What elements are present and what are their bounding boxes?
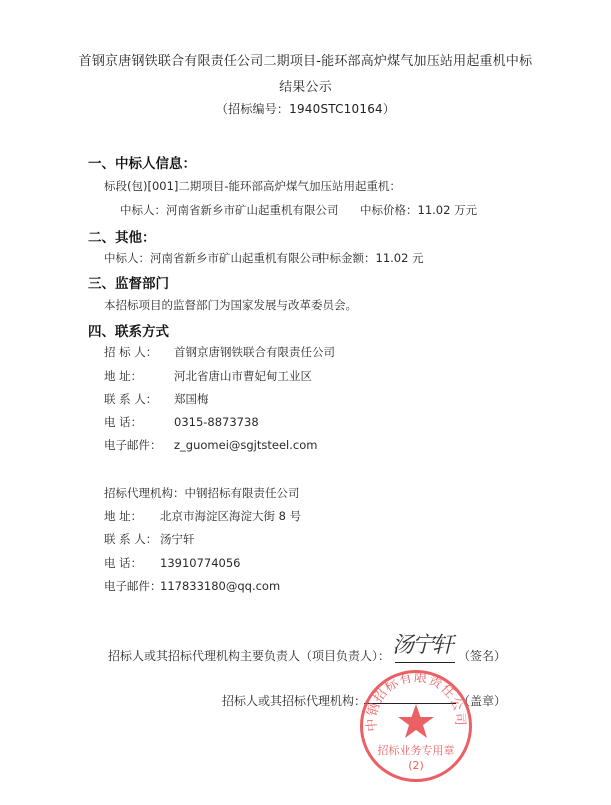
amount-value: 11.02 元 [376,251,424,265]
tenderer-name: 首钢京唐钢铁联合有限责任公司 [174,345,335,359]
agency-contact: 汤宁轩 [160,532,195,546]
other-winner-label: 中标人： [104,251,150,265]
agency-phone: 13910774056 [160,556,240,570]
responsible-person-label: 招标人或其招标代理机构主要负责人（项目负责人）： [108,647,390,664]
tenderer-contact-row: 联 系 人：郑国梅 [104,391,209,407]
winner-name: 河南省新乡市矿山起重机有限公司 [166,203,339,217]
agency-name-label: 招标代理机构： [104,486,185,500]
winner-label: 中标人： [120,203,166,217]
tenderer-contact: 郑国梅 [174,392,209,406]
tenderer-name-row: 招 标 人：首钢京唐钢铁联合有限责任公司 [104,344,335,360]
official-seal-stamp: 中钢招标有限责任公司 招标业务专用章 (2) [360,670,472,782]
agency-phone-row: 电 话：13910774056 [104,555,240,571]
price-value: 11.02 万元 [418,203,478,217]
tenderer-name-label: 招 标 人： [104,344,174,360]
supervision-text: 本招标项目的监督部门为国家发展与改革委员会。 [104,297,357,313]
agency-address: 北京市海淀区海淀大街 8 号 [160,509,301,523]
agency-email-label: 电子邮件： [104,578,160,594]
agency-email-row: 电子邮件：117833180@qq.com [104,578,280,594]
svg-text:招标业务专用章: 招标业务专用章 [378,743,455,757]
agency-contact-label: 联 系 人： [104,531,160,547]
tenderer-email-label: 电子邮件： [104,437,174,453]
other-winner-row: 中标人：河南省新乡市矿山起重机有限公司 [104,250,323,266]
tenderer-address: 河北省唐山市曹妃甸工业区 [174,369,312,383]
tenderer-address-row: 地 址：河北省唐山市曹妃甸工业区 [104,368,312,384]
signature-line [395,662,455,663]
section-heading-other: 二、其他： [88,226,156,246]
amount-row: 中标金额：11.02 元 [318,250,424,266]
amount-label: 中标金额： [318,251,376,265]
price-row: 中标价格：11.02 万元 [360,202,477,218]
tender-number: （招标编号：1940STC10164） [0,100,611,117]
document-page: 首钢京唐钢铁联合有限责任公司二期项目-能环部高炉煤气加压站用起重机中标 结果公示… [0,0,611,805]
agency-name: 中钢招标有限责任公司 [185,486,300,500]
agency-name-row: 招标代理机构：中钢招标有限责任公司 [104,485,300,501]
agency-address-label: 地 址： [104,508,160,524]
lot-description: 标段(包)[001]二期项目-能环部高炉煤气加压站用起重机： [104,178,401,194]
sign-suffix: （签名） [458,647,506,664]
other-winner-name: 河南省新乡市矿山起重机有限公司 [150,251,323,265]
agency-email[interactable]: 117833180@qq.com [160,579,280,593]
document-title-line2: 结果公示 [0,76,611,95]
seal-star-icon: 中钢招标有限责任公司 招标业务专用章 (2) [360,670,472,782]
tenderer-phone-row: 电 话：0315-8873738 [104,414,259,430]
svg-text:(2): (2) [408,759,424,772]
section-heading-winner-info: 一、中标人信息： [88,152,196,172]
tenderer-phone-label: 电 话： [104,414,174,430]
agency-phone-label: 电 话： [104,555,160,571]
winner-row: 中标人：河南省新乡市矿山起重机有限公司 [120,202,339,218]
price-label: 中标价格： [360,203,418,217]
handwritten-signature: 汤宁轩 [392,628,452,659]
tenderer-email[interactable]: z_guomei@sgjtsteel.com [174,438,317,452]
tenderer-address-label: 地 址： [104,368,174,384]
agency-contact-row: 联 系 人：汤宁轩 [104,531,195,547]
agency-address-row: 地 址：北京市海淀区海淀大街 8 号 [104,508,301,524]
section-heading-supervision: 三、监督部门 [88,272,169,292]
section-heading-contact: 四、联系方式 [88,320,169,340]
document-title-line1: 首钢京唐钢铁联合有限责任公司二期项目-能环部高炉煤气加压站用起重机中标 [0,50,611,69]
tenderer-phone: 0315-8873738 [174,415,259,429]
tenderer-contact-label: 联 系 人： [104,391,174,407]
tenderer-email-row: 电子邮件：z_guomei@sgjtsteel.com [104,437,317,453]
organization-label: 招标人或其招标代理机构： [222,692,366,709]
